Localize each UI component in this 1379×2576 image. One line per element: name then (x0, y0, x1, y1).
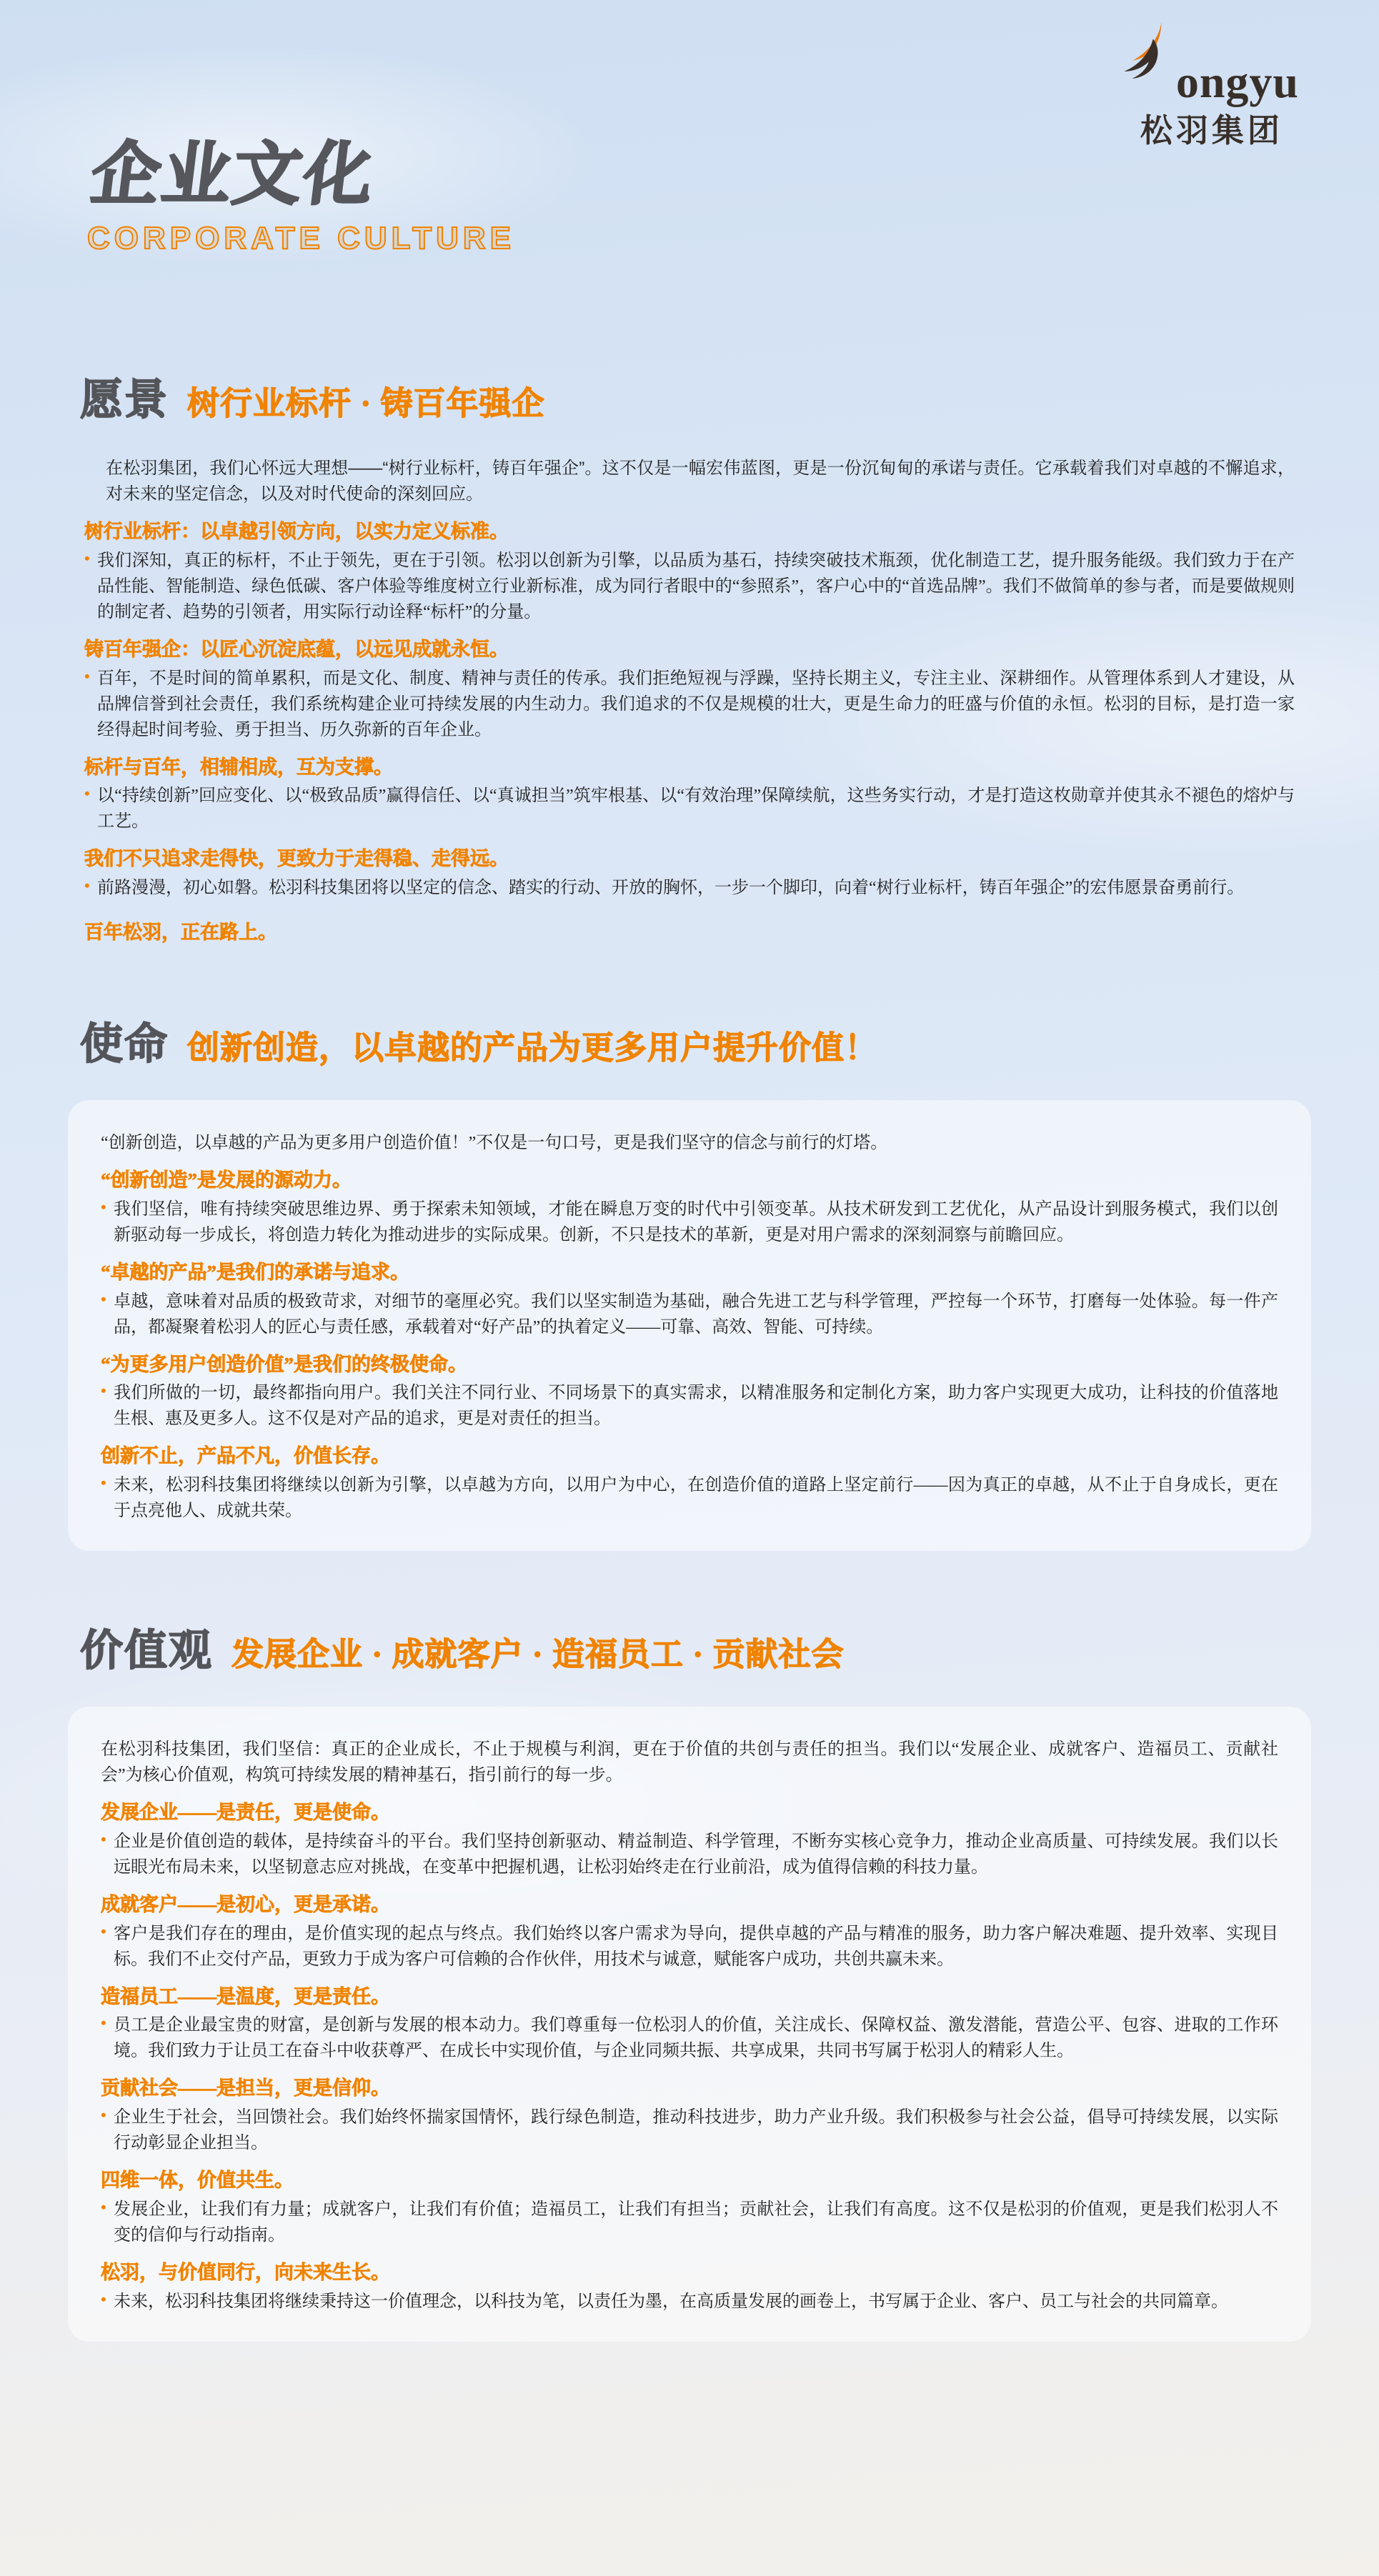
page-title: 企业文化 (87, 137, 524, 213)
mission-section-header: 使命 创新创造，以卓越的产品为更多用户提升价值！ (80, 1010, 1379, 1072)
values-block-heading: 发展企业——是责任，更是使命。 (101, 1801, 1278, 1825)
company-logo: ongyu 松羽集团 (1122, 19, 1299, 151)
mission-section: 使命 创新创造，以卓越的产品为更多用户提升价值！ “创新创造，以卓越的产品为更多… (0, 1010, 1379, 1551)
vision-block-body: 以“持续创新”回应变化、以“极致品质”赢得信任、以“真诚担当”筑牢根基、以“有效… (84, 783, 1295, 834)
mission-block: “卓越的产品”是我们的承诺与追求。 卓越，意味着对品质的极致苛求，对细节的毫厘必… (101, 1261, 1278, 1340)
values-intro-paragraph: 在松羽科技集团，我们坚信：真正的企业成长，不止于规模与利润，更在于价值的共创与责… (101, 1737, 1278, 1788)
vision-block-body: 我们深知，真正的标杆，不止于领先，更在于引领。松羽以创新为引擎，以品质为基石，持… (84, 548, 1295, 625)
vision-block: 标杆与百年，相辅相成，互为支撑。 以“持续创新”回应变化、以“极致品质”赢得信任… (84, 756, 1295, 835)
values-block-body: 客户是我们存在的理由，是价值实现的起点与终点。我们始终以客户需求为导向，提供卓越… (101, 1921, 1278, 1972)
mission-block-heading: “创新创造”是发展的源动力。 (101, 1169, 1278, 1193)
mission-intro-paragraph: “创新创造，以卓越的产品为更多用户创造价值！”不仅是一句口号，更是我们坚守的信念… (101, 1130, 1278, 1156)
vision-block: 铸百年强企：以匠心沉淀底蕴，以远见成就永恒。 百年，不是时间的简单累积，而是文化… (84, 638, 1295, 743)
mission-block-body: 未来，松羽科技集团将继续以创新为引擎，以卓越为方向，以用户为中心，在创造价值的道… (101, 1472, 1278, 1524)
values-block: 造福员工——是温度，更是责任。 员工是企业最宝贵的财富，是创新与发展的根本动力。… (101, 1985, 1278, 2065)
mission-block-heading: “卓越的产品”是我们的承诺与追求。 (101, 1261, 1278, 1285)
values-section-tagline: 发展企业 · 成就客户 · 造福员工 · 贡献社会 (232, 1628, 845, 1674)
values-section-header: 价值观 发展企业 · 成就客户 · 造福员工 · 贡献社会 (80, 1617, 1379, 1678)
mission-block-body: 我们所做的一切，最终都指向用户。我们关注不同行业、不同场景下的真实需求，以精准服… (101, 1380, 1278, 1432)
values-block-heading: 贡献社会——是担当，更是信仰。 (101, 2077, 1278, 2101)
vision-block-body: 前路漫漫，初心如磐。松羽科技集团将以坚定的信念、踏实的行动、开放的胸怀，一步一个… (84, 875, 1295, 901)
mission-block-heading: 创新不止，产品不凡，价值长存。 (101, 1444, 1278, 1469)
values-block-body: 未来，松羽科技集团将继续秉持这一价值理念，以科技为笔，以责任为墨，在高质量发展的… (101, 2289, 1278, 2315)
vision-block-heading: 我们不只追求走得快，更致力于走得稳、走得远。 (84, 847, 1295, 872)
values-block-body: 企业是价值创造的载体，是持续奋斗的平台。我们坚持创新驱动、精益制造、科学管理，不… (101, 1829, 1278, 1880)
vision-section: 愿景 树行业标杆 · 铸百年强企 在松羽集团，我们心怀远大理想——“树行业标杆，… (0, 366, 1379, 944)
vision-block-heading: 标杆与百年，相辅相成，互为支撑。 (84, 756, 1295, 780)
page-subtitle: CORPORATE CULTURE (87, 221, 515, 256)
vision-section-body: 在松羽集团，我们心怀远大理想——“树行业标杆，铸百年强企”。这不仅是一幅宏伟蓝图… (84, 456, 1295, 944)
values-block-body: 发展企业，让我们有力量；成就客户，让我们有价值；造福员工，让我们有担当；贡献社会… (101, 2197, 1278, 2248)
logo-swoosh-icon (1122, 19, 1182, 101)
mission-block: “为更多用户创造价值”是我们的终极使命。 我们所做的一切，最终都指向用户。我们关… (101, 1353, 1278, 1432)
values-block-heading: 松羽，与价值同行，向未来生长。 (101, 2261, 1278, 2285)
mission-block-body: 我们坚信，唯有持续突破思维边界、勇于探索未知领域，才能在瞬息万变的时代中引领变革… (101, 1197, 1278, 1248)
values-block: 贡献社会——是担当，更是信仰。 企业生于社会，当回馈社会。我们始终怀揣家国情怀，… (101, 2077, 1278, 2156)
mission-section-title: 使命 (80, 1010, 169, 1072)
page-header: 企业文化 CORPORATE CULTURE (87, 137, 515, 256)
values-block-body: 员工是企业最宝贵的财富，是创新与发展的根本动力。我们尊重每一位松羽人的价值，关注… (101, 2012, 1278, 2064)
vision-block-heading: 铸百年强企：以匠心沉淀底蕴，以远见成就永恒。 (84, 638, 1295, 662)
values-block-heading: 造福员工——是温度，更是责任。 (101, 1985, 1278, 2010)
vision-block-heading: 树行业标杆：以卓越引领方向，以实力定义标准。 (84, 520, 1295, 544)
values-block-heading: 四维一体，价值共生。 (101, 2169, 1278, 2193)
vision-intro-paragraph: 在松羽集团，我们心怀远大理想——“树行业标杆，铸百年强企”。这不仅是一幅宏伟蓝图… (84, 456, 1295, 507)
mission-block: “创新创造”是发展的源动力。 我们坚信，唯有持续突破思维边界、勇于探索未知领域，… (101, 1169, 1278, 1248)
mission-block-heading: “为更多用户创造价值”是我们的终极使命。 (101, 1353, 1278, 1377)
vision-block-body: 百年，不是时间的简单累积，而是文化、制度、精神与责任的传承。我们拒绝短视与浮躁，… (84, 666, 1295, 743)
vision-section-header: 愿景 树行业标杆 · 铸百年强企 (80, 366, 1379, 427)
logo-wordmark-row: ongyu (1122, 19, 1299, 101)
values-section-title: 价值观 (80, 1617, 213, 1678)
logo-company-name: 松羽集团 (1122, 104, 1299, 151)
values-section: 价值观 发展企业 · 成就客户 · 造福员工 · 贡献社会 在松羽科技集团，我们… (0, 1617, 1379, 2342)
vision-closing-line: 百年松羽，正在路上。 (84, 917, 1295, 944)
values-block: 成就客户——是初心，更是承诺。 客户是我们存在的理由，是价值实现的起点与终点。我… (101, 1893, 1278, 1972)
vision-block: 树行业标杆：以卓越引领方向，以实力定义标准。 我们深知，真正的标杆，不止于领先，… (84, 520, 1295, 625)
mission-section-tagline: 创新创造，以卓越的产品为更多用户提升价值！ (187, 1022, 877, 1068)
values-block-body: 企业生于社会，当回馈社会。我们始终怀揣家国情怀，践行绿色制造，推动科技进步，助力… (101, 2105, 1278, 2156)
values-block-heading: 成就客户——是初心，更是承诺。 (101, 1893, 1278, 1917)
values-card: 在松羽科技集团，我们坚信：真正的企业成长，不止于规模与利润，更在于价值的共创与责… (68, 1707, 1311, 2342)
mission-card: “创新创造，以卓越的产品为更多用户创造价值！”不仅是一句口号，更是我们坚守的信念… (68, 1100, 1311, 1551)
vision-block: 我们不只追求走得快，更致力于走得稳、走得远。 前路漫漫，初心如磐。松羽科技集团将… (84, 847, 1295, 901)
values-block: 松羽，与价值同行，向未来生长。 未来，松羽科技集团将继续秉持这一价值理念，以科技… (101, 2261, 1278, 2315)
logo-wordmark: ongyu (1176, 63, 1299, 101)
vision-section-title: 愿景 (80, 366, 169, 427)
page-content: 愿景 树行业标杆 · 铸百年强企 在松羽集团，我们心怀远大理想——“树行业标杆，… (0, 366, 1379, 2342)
vision-section-tagline: 树行业标杆 · 铸百年强企 (187, 377, 545, 424)
mission-block: 创新不止，产品不凡，价值长存。 未来，松羽科技集团将继续以创新为引擎，以卓越为方… (101, 1444, 1278, 1524)
mission-block-body: 卓越，意味着对品质的极致苛求，对细节的毫厘必究。我们以坚实制造为基础，融合先进工… (101, 1289, 1278, 1340)
corporate-culture-page: ongyu 松羽集团 企业文化 CORPORATE CULTURE 愿景 树行业… (0, 0, 1379, 2576)
values-block: 发展企业——是责任，更是使命。 企业是价值创造的载体，是持续奋斗的平台。我们坚持… (101, 1801, 1278, 1880)
values-block: 四维一体，价值共生。 发展企业，让我们有力量；成就客户，让我们有价值；造福员工，… (101, 2169, 1278, 2248)
